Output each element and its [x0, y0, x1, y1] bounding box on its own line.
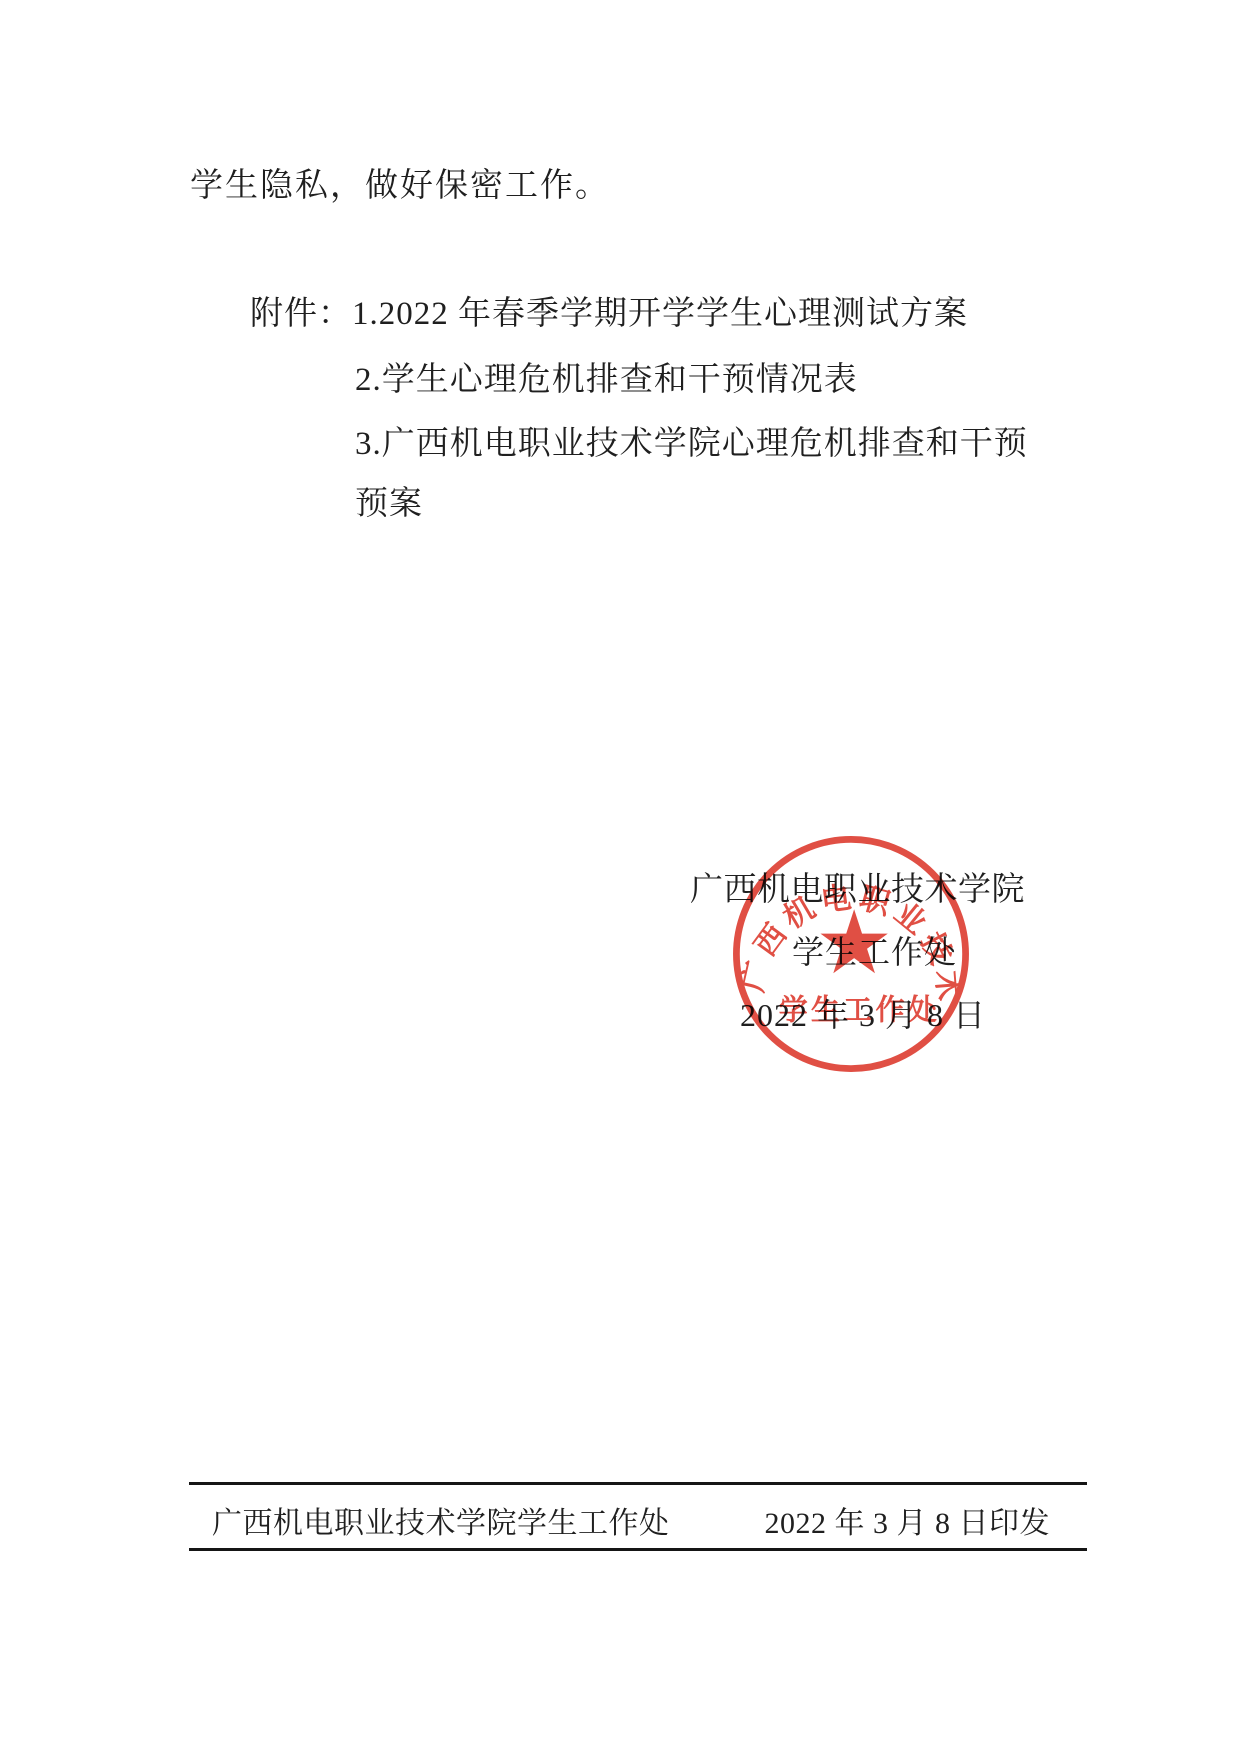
document-page: 学生隐私，做好保密工作。 附件：1.2022 年春季学期开学学生心理测试方案 2… — [0, 0, 1240, 1753]
footer-row: 广西机电职业技术学院学生工作处 2022 年 3 月 8 日印发 — [189, 1498, 1087, 1542]
seal-arc-text: 广西机电职业技术学院 — [726, 829, 967, 1007]
signature-date: 2022 年 3 月 8 日 — [740, 997, 986, 1034]
body-text-line: 学生隐私，做好保密工作。 — [190, 168, 610, 206]
footer-issuer: 广西机电职业技术学院学生工作处 — [212, 1498, 670, 1542]
attachment-item-3-continued: 预案 — [355, 486, 423, 524]
attachment-label: 附件： — [250, 296, 352, 332]
footer-rule-top — [189, 1482, 1087, 1485]
attachment-item-2: 2.学生心理危机排查和干预情况表 — [355, 362, 858, 400]
signature-department: 学生工作处 — [792, 934, 957, 971]
attachment-item-3: 3.广西机电职业技术学院心理危机排查和干预 — [355, 426, 1028, 464]
footer-print-date: 2022 年 3 月 8 日印发 — [765, 1498, 1051, 1542]
attachment-item-1: 1.2022 年春季学期开学学生心理测试方案 — [352, 296, 968, 332]
svg-text:广西机电职业技术学院: 广西机电职业技术学院 — [726, 829, 967, 1007]
signature-organization: 广西机电职业技术学院 — [690, 872, 1025, 910]
attachment-line-1: 附件：1.2022 年春季学期开学学生心理测试方案 — [250, 296, 968, 334]
footer-rule-bottom — [189, 1548, 1087, 1551]
